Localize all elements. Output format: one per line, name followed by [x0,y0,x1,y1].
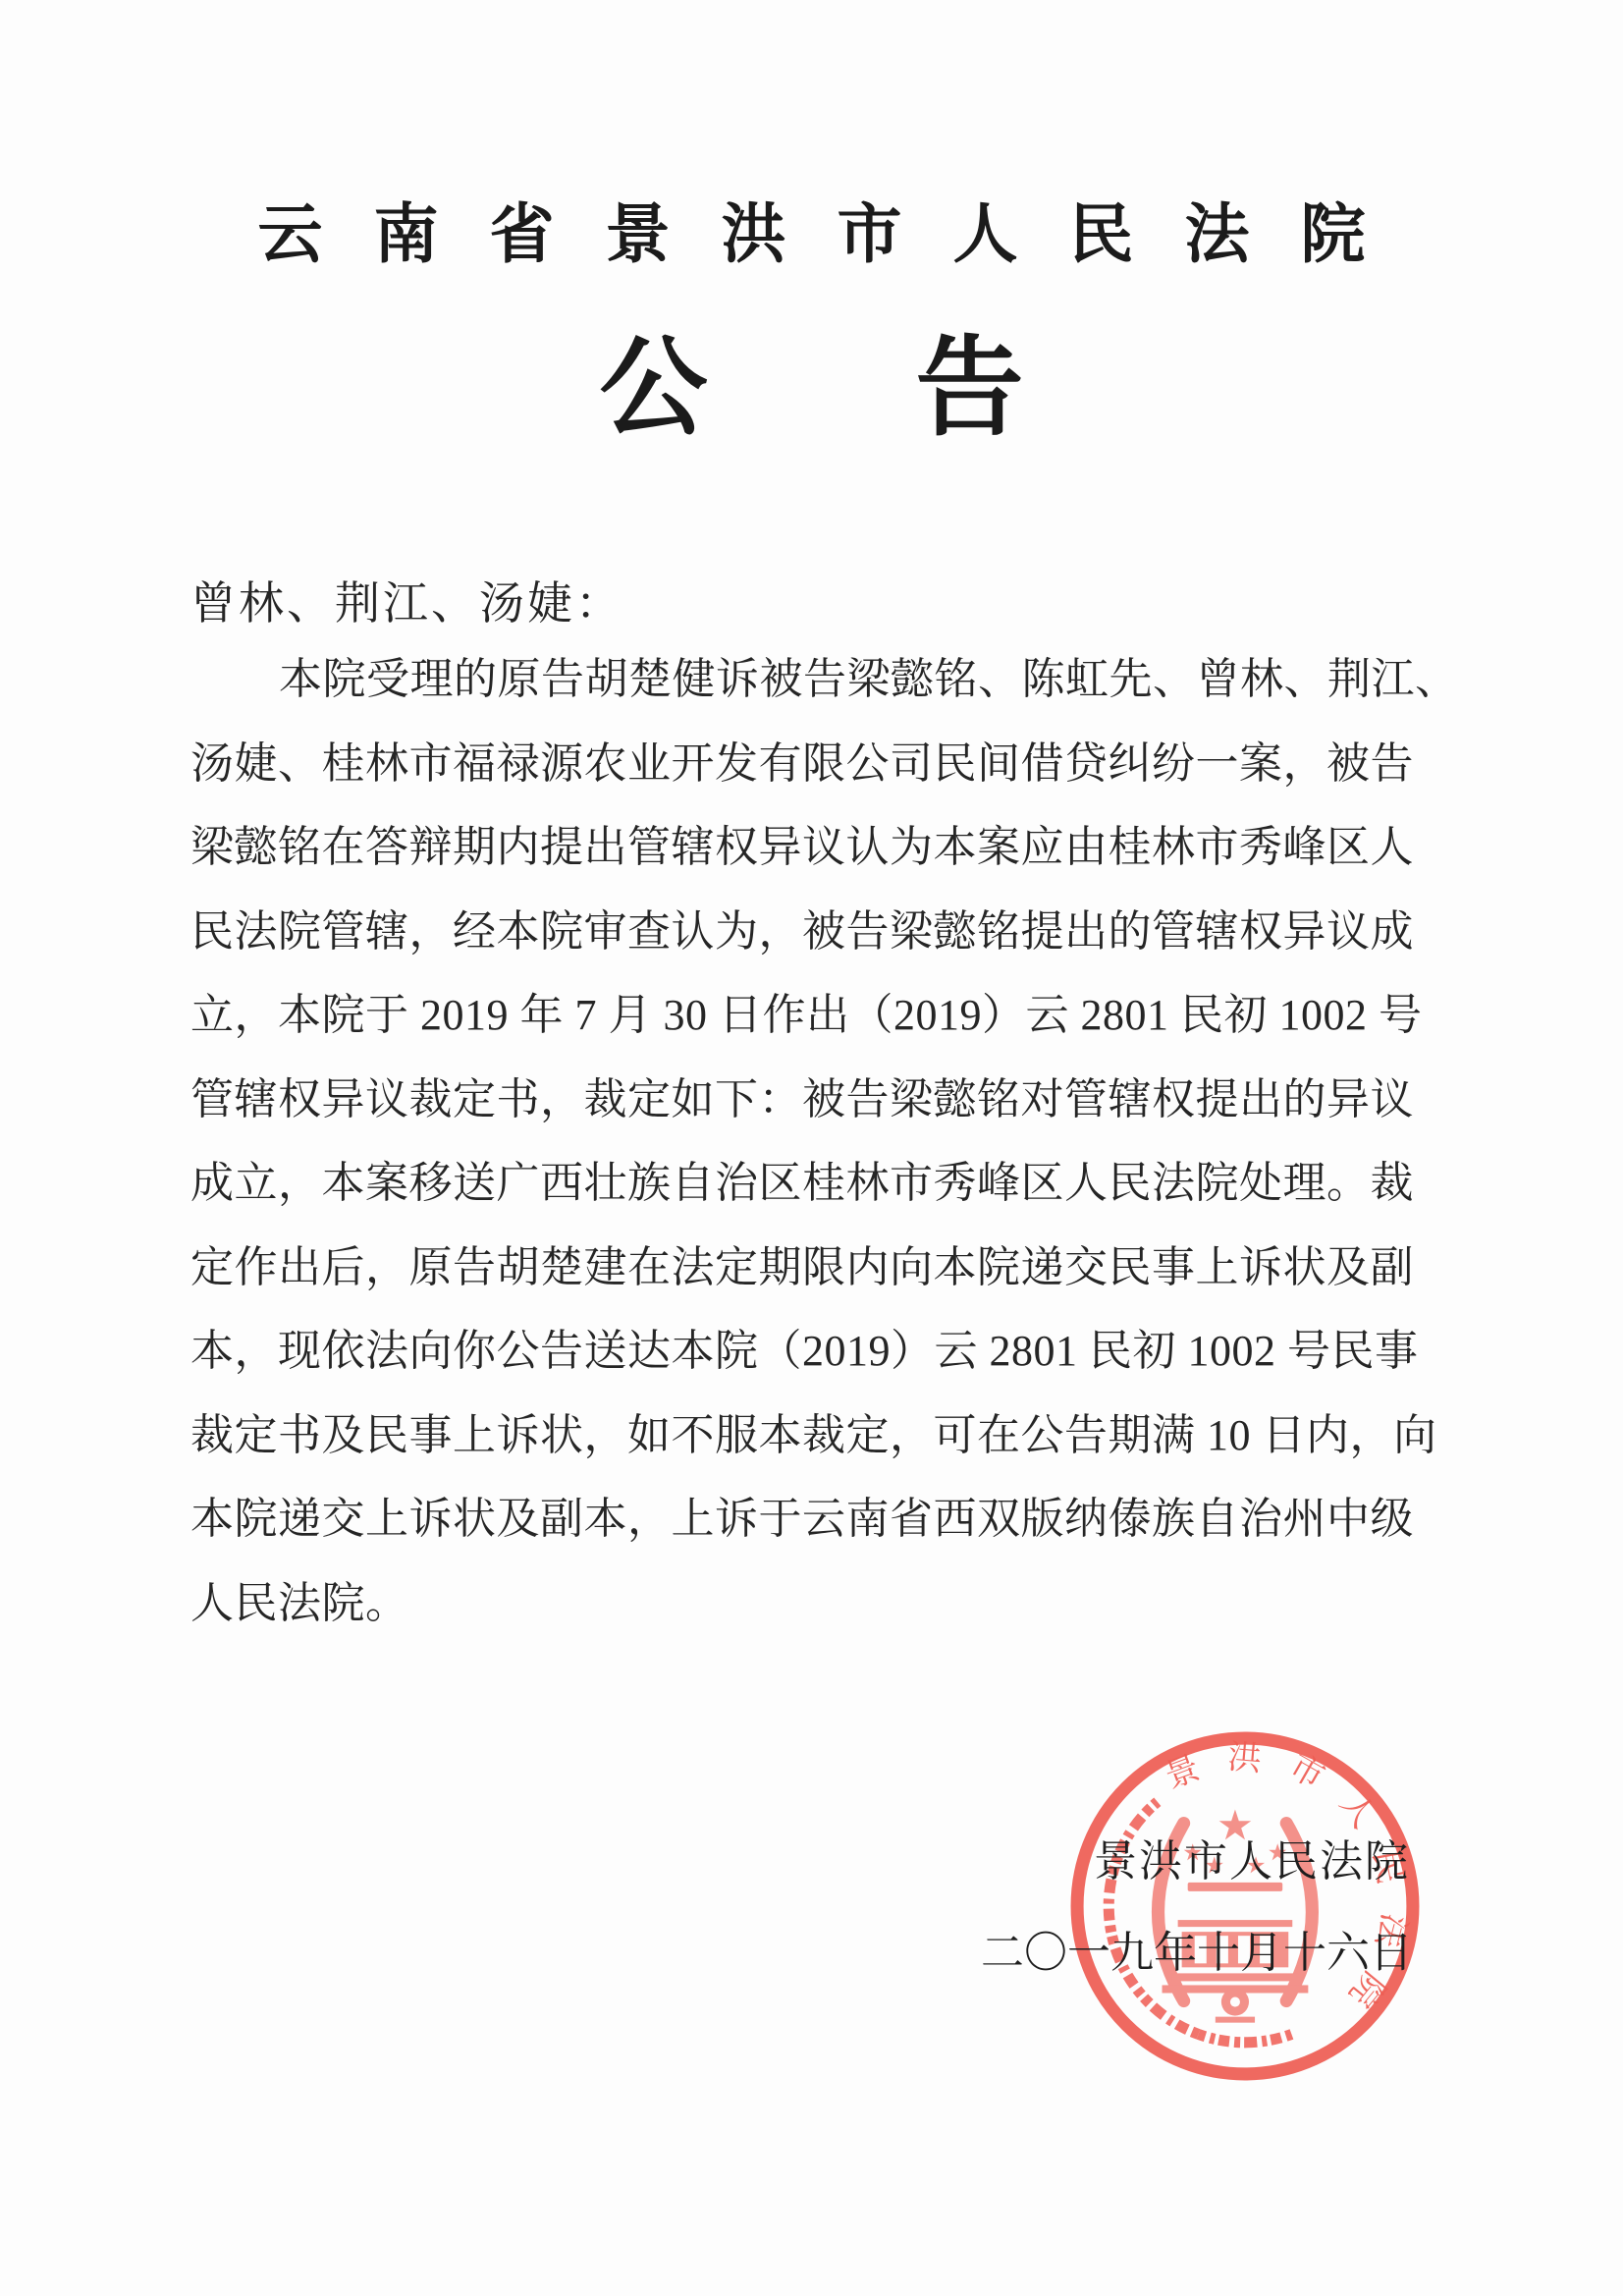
body-paragraph: 本院受理的原告胡楚健诉被告梁懿铭、陈虹先、曾林、荆江、 汤婕、桂林市福禄源农业开… [190,637,1467,1645]
body-line: 本院受理的原告胡楚健诉被告梁懿铭、陈虹先、曾林、荆江、 [190,637,1467,722]
body-line: 管辖权异议裁定书，裁定如下：被告梁懿铭对管辖权提出的异议 [190,1058,1467,1142]
body-line: 民法院管辖，经本院审查认为，被告梁懿铭提出的管辖权异议成 [190,890,1467,974]
body-line: 梁懿铭在答辩期内提出管辖权异议认为本案应由桂林市秀峰区人 [190,805,1467,890]
page: 云南省景洪市人民法院 公告 曾林、荆江、汤婕： 本院受理的原告胡楚健诉被告梁懿铭… [0,0,1623,2296]
body-line: 本，现依法向你公告送达本院（2019）云 2801 民初 1002 号民事 [190,1309,1467,1394]
official-seal: 景洪市人民法院 [1067,1728,1423,2084]
body-line: 汤婕、桂林市福禄源农业开发有限公司民间借贷纠纷一案，被告 [190,722,1467,806]
signature-date: 二〇一九年十月十六日 [981,1924,1413,1983]
body-line: 裁定书及民事上诉状，如不服本裁定，可在公告期满 10 日内，向 [190,1394,1467,1478]
dai-script-arc-bottom [1199,2034,1292,2042]
court-header: 云南省景洪市人民法院 [0,194,1623,277]
emblem-gear-hole [1230,1997,1240,2007]
body-line: 成立，本案移送广西壮族自治区桂林市秀峰区人民法院处理。裁 [190,1141,1467,1226]
signature-court: 景洪市人民法院 [1094,1832,1410,1891]
salutation: 曾林、荆江、汤婕： [190,574,623,634]
doc-title: 公告 [0,320,1623,458]
body-line: 立，本院于 2019 年 7 月 30 日作出（2019）云 2801 民初 1… [190,973,1467,1058]
body-line: 本院递交上诉状及副本，上诉于云南省西双版纳傣族自治州中级 [190,1477,1467,1561]
body-line: 定作出后，原告胡楚建在法定期限内向本院递交民事上诉状及副 [190,1226,1467,1310]
body-line: 人民法院。 [190,1561,1467,1646]
emblem-ribbon [1216,2017,1255,2023]
